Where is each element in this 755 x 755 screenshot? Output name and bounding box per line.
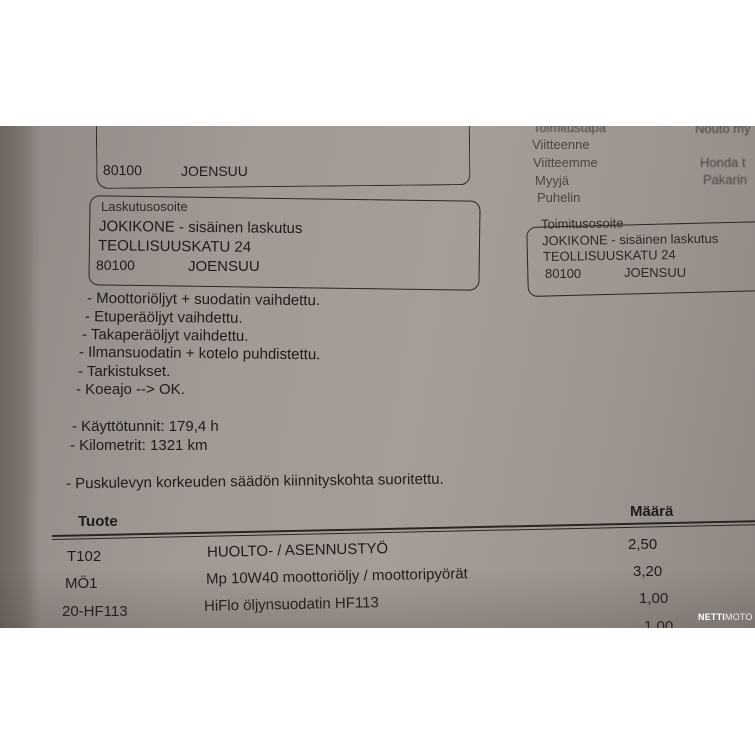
header-rule [52, 520, 755, 537]
row-code: T102 [67, 548, 101, 565]
seller-value: Pakarin [703, 172, 747, 187]
delivery-address-line2: TEOLLISUUSKATU 24 [543, 247, 676, 264]
work-note: - Takaperäöljyt vaihdettu. [82, 326, 249, 345]
nettimoto-watermark: NETTIMOTO [698, 612, 753, 622]
seller-label: Myyjä [535, 173, 569, 188]
customer-postal-code: 80100 [103, 162, 142, 179]
your-reference-label: Viitteenne [532, 137, 590, 152]
delivery-postal-code: 80100 [545, 266, 581, 281]
billing-address-line1: JOKIKONE - sisäinen laskutus [99, 218, 303, 237]
our-reference-label: Viitteemme [533, 155, 598, 170]
row-quantity: 2,50 [628, 536, 657, 553]
extra-note: - Puskulevyn korkeuden säädön kiinnitysk… [66, 471, 444, 493]
phone-label: Puhelin [537, 190, 580, 205]
work-note: - Ilmansuodatin + kotelo puhdistettu. [79, 344, 321, 364]
quantity-column-header: Määrä [630, 503, 673, 520]
work-note: - Koeajo --> OK. [76, 381, 185, 398]
delivery-method-value: Nouto my [695, 126, 751, 136]
product-column-header: Tuote [78, 513, 118, 530]
work-note: - Tarkistukset. [78, 363, 170, 380]
billing-postal-code: 80100 [96, 257, 135, 273]
kilometers: - Kilometrit: 1321 km [70, 437, 208, 454]
delivery-city: JOENSUU [624, 265, 686, 280]
document-photo: 80100 JOENSUU Toimitustapa Nouto my Viit… [0, 126, 755, 628]
billing-city: JOENSUU [188, 258, 260, 275]
billing-address-line2: TEOLLISUUSKATU 24 [98, 237, 251, 256]
service-invoice: 80100 JOENSUU Toimitustapa Nouto my Viit… [0, 126, 755, 628]
delivery-address-title: Toimitusosoite [541, 215, 624, 231]
row-description: HUOLTO- / ASENNUSTYÖ [207, 540, 388, 561]
delivery-address-line1: JOKIKONE - sisäinen laskutus [542, 231, 718, 248]
work-note: - Etuperäöljyt vaihdettu. [85, 308, 243, 327]
customer-address-box [96, 126, 471, 189]
billing-address-title: Laskutusosoite [101, 199, 188, 214]
bottom-shadow [0, 568, 755, 628]
operating-hours: - Käyttötunnit: 179,4 h [72, 418, 219, 435]
work-note: - Moottoriöljyt + suodatin vaihdettu. [87, 290, 320, 309]
customer-city: JOENSUU [181, 163, 248, 179]
our-reference-value: Honda t [700, 155, 746, 170]
delivery-method-label: Toimitustapa [533, 126, 606, 135]
